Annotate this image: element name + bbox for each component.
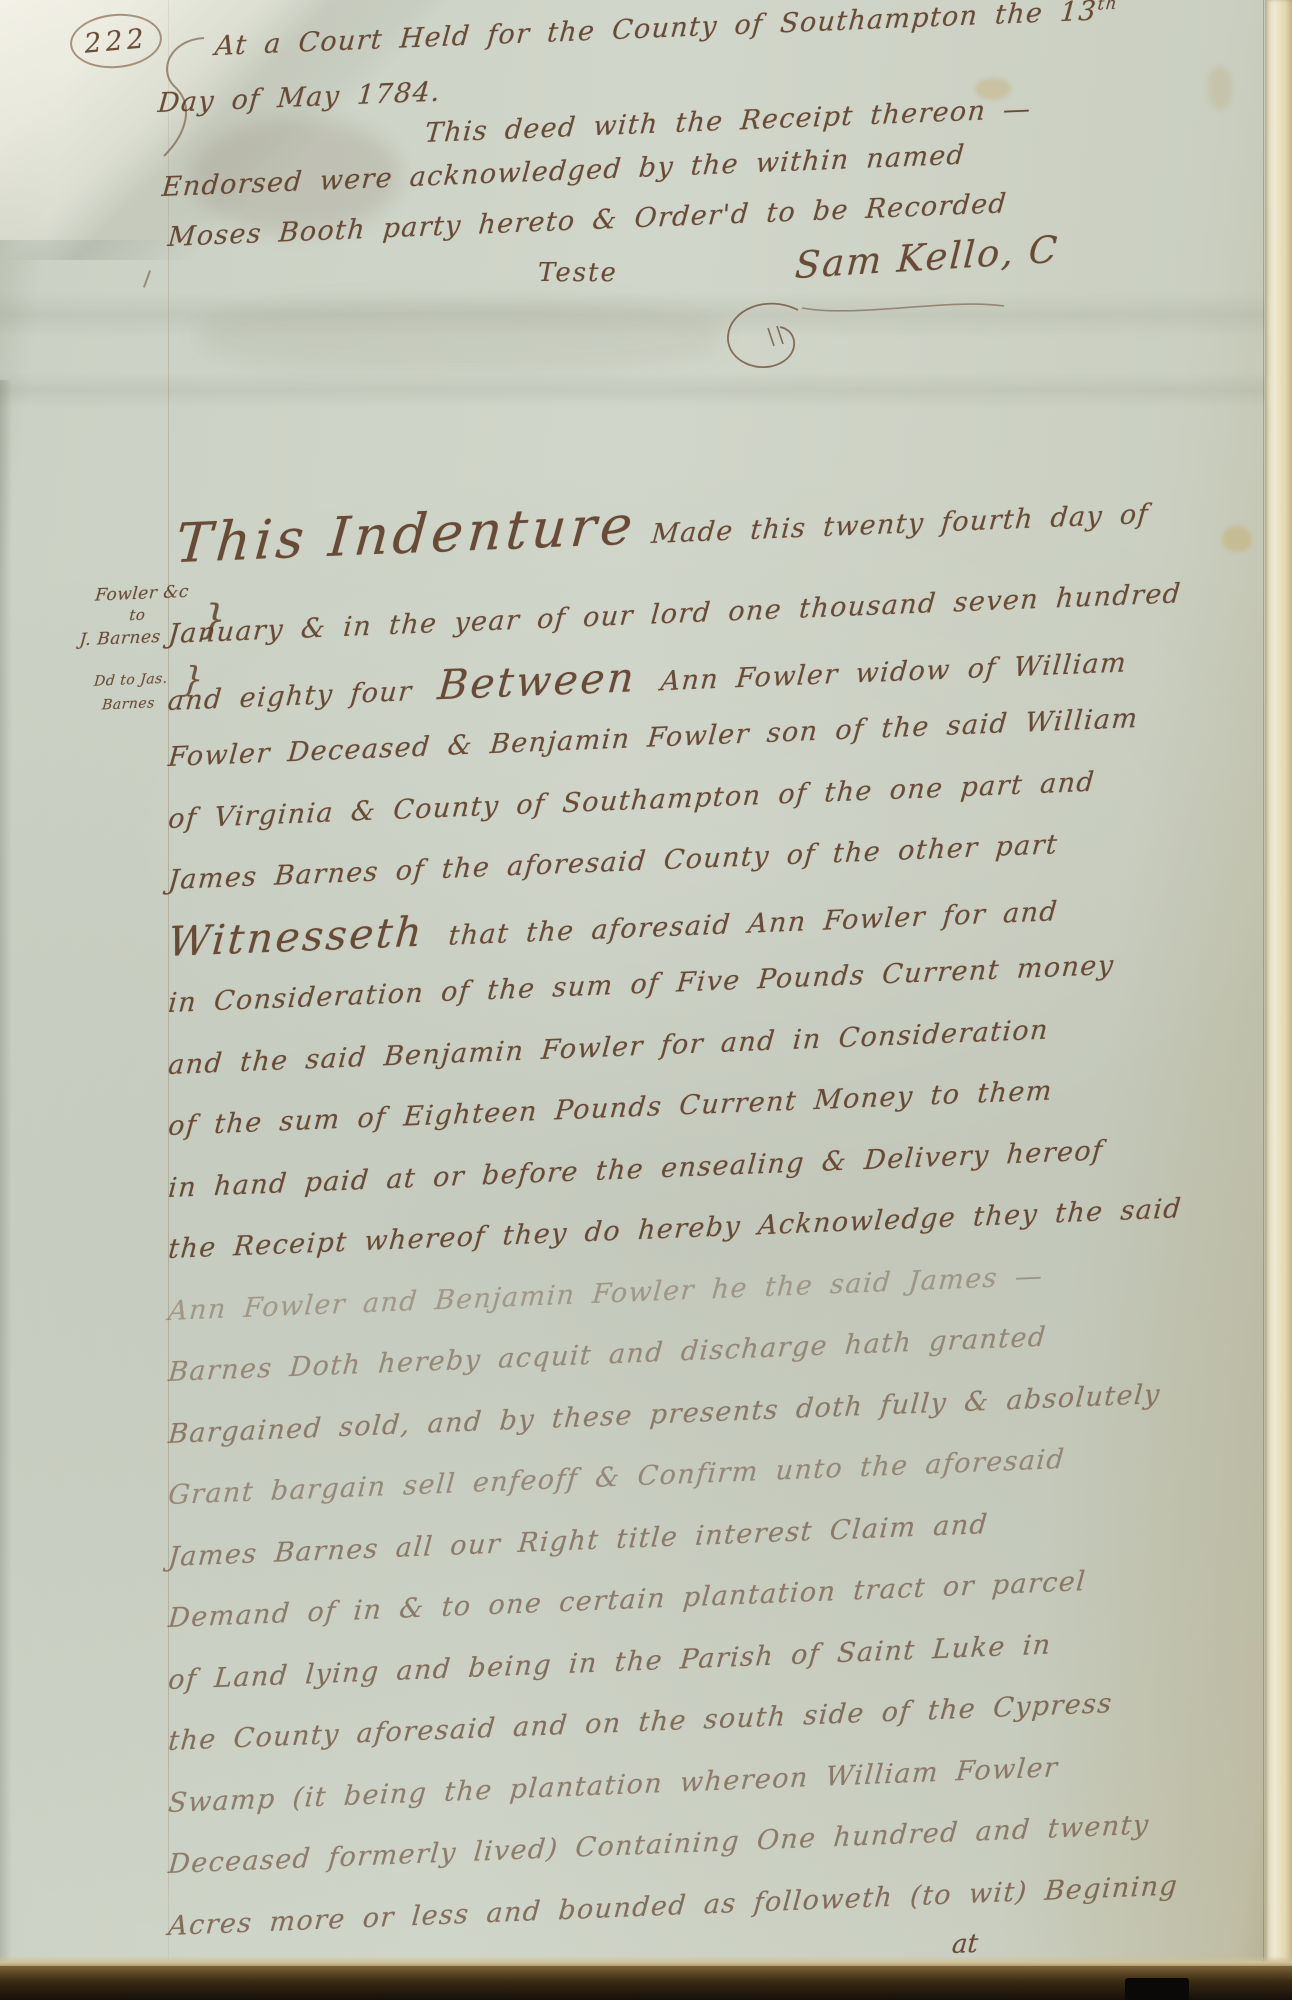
indenture-opening-rest: Made this twenty fourth day of xyxy=(650,499,1150,550)
court-header-line: At a Court Held for the County of Southa… xyxy=(214,0,1119,62)
clerk-paraph xyxy=(716,298,826,378)
indenture-heading: This IndentureMade this twenty fourth da… xyxy=(173,473,1152,575)
docket-line: J. Barnes xyxy=(79,627,162,650)
docket-line: Fowler &c xyxy=(94,582,189,606)
teste-label: Teste xyxy=(538,258,618,288)
court-header-text: At a Court Held for the County of Southa… xyxy=(214,0,1099,62)
indenture-body: January & in the year of our lord one th… xyxy=(168,604,1276,1957)
page-number-oval: 222 xyxy=(68,10,164,72)
paper-crease xyxy=(0,372,1292,408)
paper-stain xyxy=(200,300,720,370)
page-number: 222 xyxy=(83,23,149,59)
ordinal-superscript: th xyxy=(1097,0,1119,15)
margin-docket-note: Fowler &c to J. Barnes } Dd to Jas. Barn… xyxy=(84,580,244,586)
docket-line: Barnes xyxy=(101,695,155,713)
between-word: Between xyxy=(436,653,638,709)
binding-clasp xyxy=(1125,1978,1189,2000)
court-header-line: Day of May 1784. xyxy=(157,77,442,119)
clerk-signature: Sam Kello, C xyxy=(794,228,1061,287)
paper-stain xyxy=(1222,526,1252,552)
line-text: and eighty four xyxy=(167,675,431,717)
page-stack-edge xyxy=(1265,0,1292,1970)
page-edge-rule xyxy=(1263,0,1264,1966)
signature-swash xyxy=(798,296,1008,318)
stray-ink-mark xyxy=(143,270,151,288)
docket-line: Dd to Jas. xyxy=(93,671,168,690)
manuscript-page-scan: 222 At a Court Held for the County of So… xyxy=(0,0,1292,2000)
book-binding-edge xyxy=(0,1966,1292,2000)
indenture-opening-words: This Indenture xyxy=(173,493,638,575)
paper-stain xyxy=(1208,66,1232,110)
court-header-line: Endorsed were acknowledged by the within… xyxy=(161,140,967,203)
line-text: Ann Fowler widow of William xyxy=(642,647,1128,698)
witnesseth-word: Witnesseth xyxy=(166,907,426,965)
docket-line: to xyxy=(129,606,147,625)
paper-crease xyxy=(0,292,1292,338)
left-edge-shadow xyxy=(0,380,12,1970)
